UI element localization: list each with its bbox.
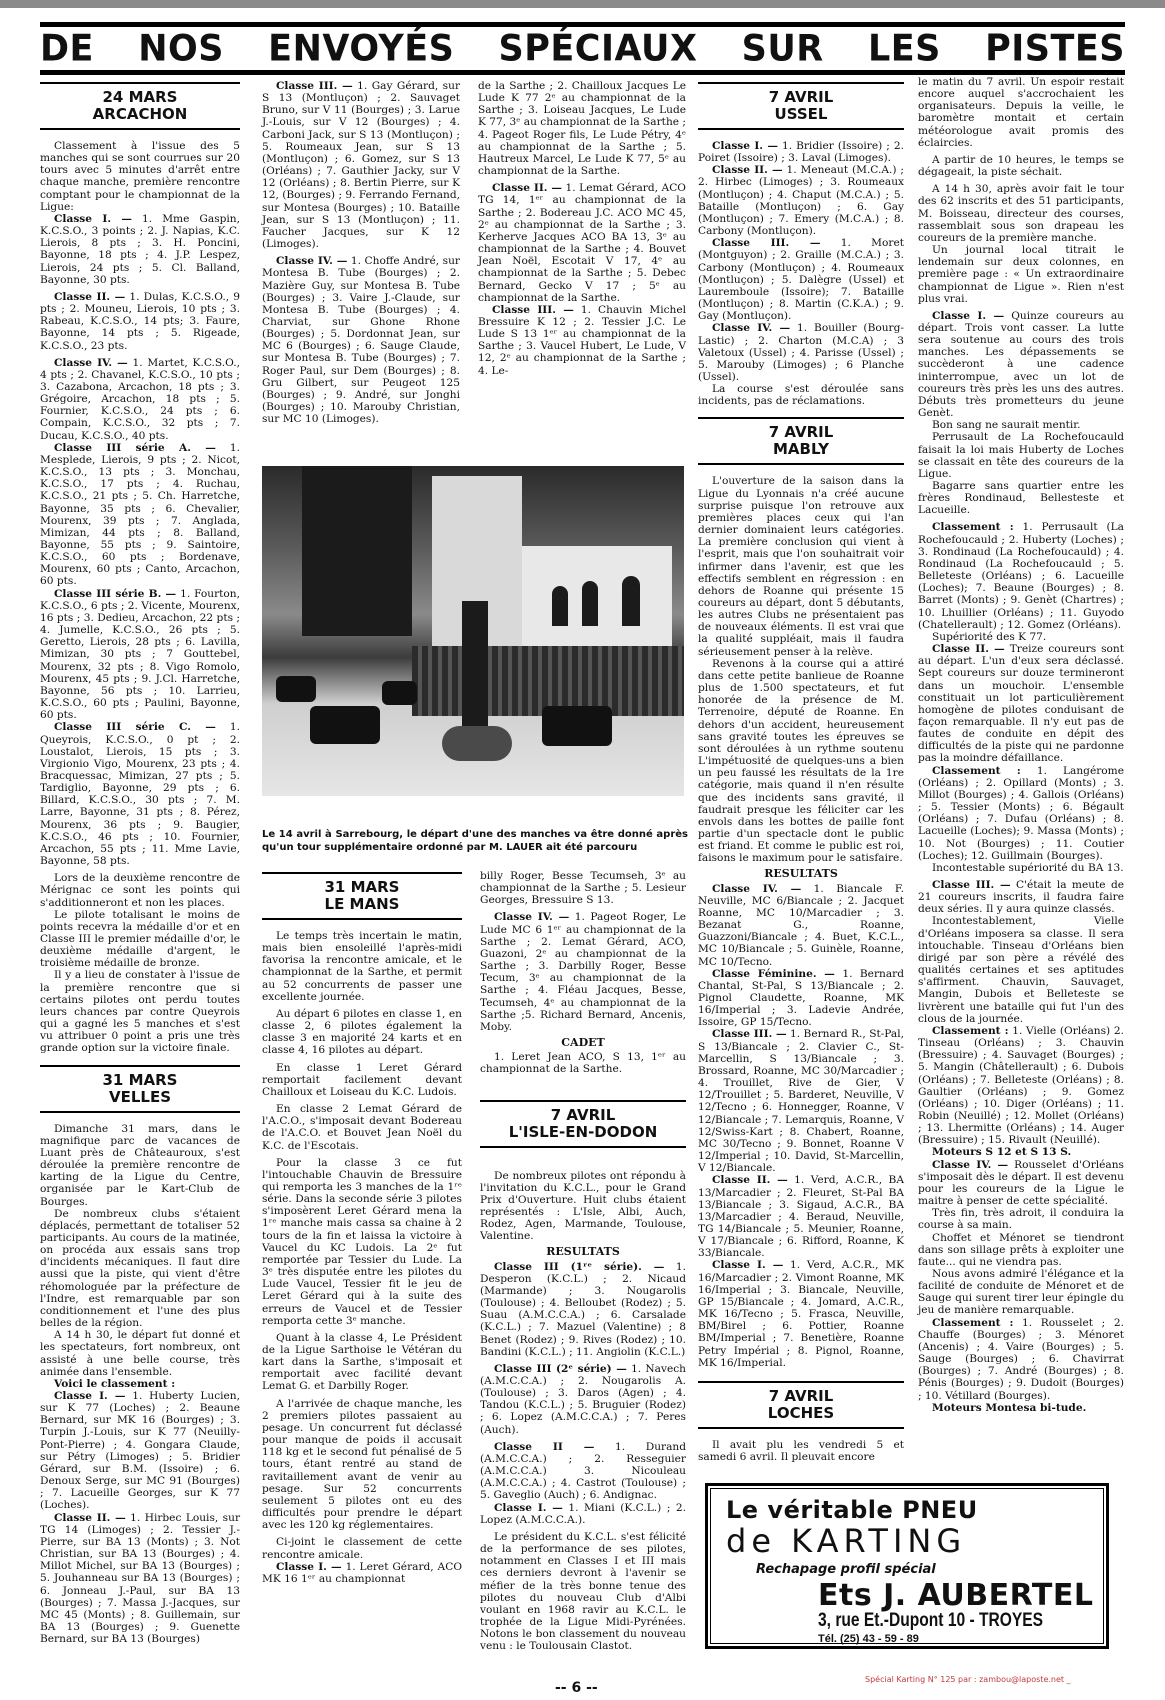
section-place: USSEL [698, 106, 904, 123]
class-results: 1. Verd, A.C.R., BA 13/Marcadier ; 2. Fl… [698, 1174, 904, 1259]
result-class: Classement : 1. Langérome (Orléans) ; 2.… [918, 765, 1124, 862]
section-place: L'ISLE-EN-DODON [480, 1124, 686, 1141]
paragraph: Nous avons admiré l'élégance et la facil… [918, 1268, 1124, 1317]
class-results: 1. Perrusault (La Rochefoucauld ; 2. Hub… [918, 521, 1124, 630]
ad-address: 3, rue Et.-Dupont 10 - TROYES [818, 1610, 1043, 1632]
result-class: Classe II. — 1. Dulas, K.C.S.O., 9 pts ;… [40, 291, 240, 352]
paragraph: Incontestable supériorité du BA 13. [918, 862, 1124, 874]
paragraph: Pour la classe 3 ce fut l'intouchable Ch… [262, 1157, 462, 1327]
result-class: Classe II — 1. Durand (A.M.C.C.A.) ; 2. … [480, 1441, 686, 1502]
class-results: 1. Hirbec Louis, sur TG 14 (Limoges) ; 2… [40, 1512, 240, 1646]
result-class: Classe I. — 1. Bridier (Issoire) ; 2. Po… [698, 140, 904, 164]
result-class: Classe IV. — 1. Bouiller (Bourg-Lastic) … [698, 322, 904, 383]
paragraph: Choffet et Ménoret se tiendront dans son… [918, 1232, 1124, 1268]
class-label: Classe I. — [54, 213, 132, 225]
class-label: Classe I. — [712, 1259, 783, 1271]
paragraph: Au départ 6 pilotes en classe 1, en clas… [262, 1008, 462, 1057]
section-place: LE MANS [262, 896, 462, 913]
paragraph: Moteurs S 12 et S 13 S. [918, 1146, 1124, 1158]
paragraph: De nombreux pilotes ont répondu à l'invi… [480, 1170, 686, 1243]
result-class: Classe II. — 1. Verd, A.C.R., BA 13/Marc… [698, 1174, 904, 1259]
result-class: Classe I. — 1. Leret Gérard, ACO MK 16 1… [262, 1561, 462, 1585]
ad-phone: Tél. (25) 43 - 59 - 89 [818, 1633, 919, 1645]
result-class: Classe III. — 1. Chauvin Michel Bressuir… [478, 304, 686, 377]
class-results: Quinze coureurs au départ. Trois vont ca… [918, 310, 1124, 419]
masthead: DE NOS ENVOYÉS SPÉCIAUX SUR LES PISTES [40, 22, 1125, 75]
class-results: 1. Martet, K.C.S.O., 4 pts ; 2. Chavanel… [40, 357, 240, 442]
results-heading: RESULTATS [698, 868, 904, 880]
section-header-arcachon: 24 MARS ARCACHON [40, 82, 240, 130]
paragraph: Il y a lieu de constater à l'issue de la… [40, 969, 240, 1054]
class-label: Classement : [932, 1025, 1008, 1037]
section-header-isle-en-dodon: 7 AVRIL L'ISLE-EN-DODON [480, 1100, 686, 1148]
result-class: Classe I. — 1. Verd, A.C.R., MK 16/Marca… [698, 1259, 904, 1368]
class-label: Classe III série C. — [54, 721, 216, 733]
class-label: Classement : [932, 521, 1014, 533]
result-class: Classe IV. — 1. Choffe André, sur Montes… [262, 255, 460, 425]
section-date: 31 MARS [40, 1072, 240, 1089]
result-class: Classe III. — 1. Bernard R., St-Pal, S 1… [698, 1028, 904, 1174]
section-date: 24 MARS [40, 89, 240, 106]
result-class: Classe III. — 1. Moret (Montguyon) ; 2. … [698, 237, 904, 322]
column-5: le matin du 7 avril. Un espoir restait e… [918, 76, 1124, 1414]
page-title: DE NOS ENVOYÉS SPÉCIAUX SUR LES PISTES [40, 28, 1125, 70]
class-results: 1. Moret (Montguyon) ; 2. Graille (M.C.A… [698, 237, 904, 322]
paragraph: 1. Leret Jean ACO, S 13, 1ᵉʳ au champion… [480, 1051, 686, 1075]
paragraph: de la Sarthe ; 2. Chailloux Jacques Le L… [478, 80, 686, 177]
column-3-bottom: billy Roger, Besse Tecumseh, 3ᵉ au champ… [480, 870, 686, 1652]
class-label: Classe I. — [276, 1561, 342, 1573]
class-label: Classe IV. — [712, 883, 801, 895]
section-le-mans: 31 MARS LE MANS Le temps très incertain … [262, 868, 462, 1585]
paragraph: Très fin, très adroit, il conduira la co… [918, 1207, 1124, 1231]
title-word: PISTES [985, 28, 1125, 70]
class-results: 1. Biancale F. Neuville, MC 6/Biancale ;… [698, 883, 904, 968]
section-date: 7 AVRIL [480, 1107, 686, 1124]
paragraph: A l'arrivée de chaque manche, les 2 prem… [262, 1398, 462, 1532]
paragraph: billy Roger, Besse Tecumseh, 3ᵉ au champ… [480, 870, 686, 906]
section-date: 31 MARS [262, 879, 462, 896]
class-label: Classe Féminine. — [712, 968, 835, 980]
result-class: Classe Féminine. — 1. Bernard Chantal, S… [698, 968, 904, 1029]
paragraph: Il avait plu les vendredi 5 et samedi 6 … [698, 1439, 904, 1463]
class-label: Classe II. — [54, 1512, 126, 1524]
class-label: Classe II. — [54, 291, 125, 303]
section-place: MABLY [698, 441, 904, 458]
section-place: LOCHES [698, 1405, 904, 1422]
class-results: 1. Bernard R., St-Pal, S 13/Biancale ; 2… [698, 1028, 904, 1174]
class-label: Classe III série B. — [54, 588, 176, 600]
class-label: Classement : [932, 1317, 1013, 1329]
class-label: Classe III. — [492, 304, 574, 316]
class-results: 1. Queyrois, K.C.S.O., 0 pt ; 2. Loustal… [40, 721, 240, 867]
class-label: Classe III (2ᵉ série) — [494, 1363, 627, 1375]
paragraph: A partir de 10 heures, le temps se dégag… [918, 154, 1124, 178]
result-class: Classe IV. — 1. Martet, K.C.S.O., 4 pts … [40, 357, 240, 442]
class-label: Classe I. — [494, 1502, 563, 1514]
class-label: Classe II. — [712, 164, 783, 176]
paragraph: Le pilote totalisant le moins de points … [40, 909, 240, 970]
paragraph: Moteurs Montesa bi-tude. [918, 1402, 1124, 1414]
class-results: 1. Verd, A.C.R., MK 16/Marcadier ; 2. Vi… [698, 1259, 904, 1368]
result-class: Classe III (2ᵉ série) — 1. Navech (A.M.C… [480, 1363, 686, 1436]
result-class: Classe I. — Quinze coureurs au départ. T… [918, 310, 1124, 419]
result-class: Classe III série B. — 1. Fourton, K.C.S.… [40, 588, 240, 722]
paragraph: A 14 h 30, le départ fut donné et les sp… [40, 1329, 240, 1378]
paragraph: Le temps très incertain le matin, mais b… [262, 930, 462, 1003]
ad-headline: Le véritable PNEU [726, 1496, 978, 1524]
title-word: NOS [138, 28, 224, 70]
cadet-heading: CADET [480, 1037, 686, 1049]
section-header-le-mans: 31 MARS LE MANS [262, 872, 462, 920]
paragraph: En classe 2 Lemat Gérard de l'A.C.O., s'… [262, 1103, 462, 1152]
result-class: Classe I. — 1. Mme Gaspin, K.C.S.O., 3 p… [40, 213, 240, 286]
paragraph: Incontestablement, Vielle d'Orléans impo… [918, 915, 1124, 1024]
class-label: Classe IV. — [494, 911, 569, 923]
class-label: Classe I. — [712, 140, 778, 152]
paragraph: Lors de la deuxième rencontre de Mérigna… [40, 872, 240, 908]
class-label: Classement : [932, 765, 1021, 777]
result-class: Classe III (1ʳᵉ série). — 1. Desperon (K… [480, 1261, 686, 1358]
paragraph: Revenons à la course qui a attiré dans c… [698, 658, 904, 865]
title-word: LES [868, 28, 941, 70]
title-word: SPÉCIAUX [499, 28, 698, 70]
ad-subheadline: de KARTING [726, 1522, 966, 1560]
ad-tagline: Rechapage profil spécial [756, 1562, 936, 1577]
class-results: 1. Desperon (K.C.L.) ; 2. Nicaud (Marman… [480, 1261, 686, 1358]
advertisement-aubertel: Le véritable PNEU de KARTING Rechapage p… [705, 1483, 1109, 1649]
paragraph: L'ouverture de la saison dans la Ligue d… [698, 475, 904, 657]
paragraph: Ci-joint le classement de cette rencontr… [262, 1536, 462, 1560]
class-results: Treize coureurs sont au départ. L'un d'e… [918, 643, 1124, 764]
class-label: Classe II. — [712, 1174, 788, 1186]
paragraph: En classe 1 Leret Gérard remportait faci… [262, 1062, 462, 1098]
class-label: Classe III (1ʳᵉ série). — [494, 1261, 664, 1273]
result-class: Classe IV. — 1. Biancale F. Neuville, MC… [698, 883, 904, 968]
paragraph: Le président du K.C.L. s'est félicité de… [480, 1531, 686, 1653]
class-results: 1. Huberty Lucien, sur K 77 (Loches) ; 2… [40, 1390, 240, 1511]
section-date: 7 AVRIL [698, 89, 904, 106]
paragraph: Dimanche 31 mars, dans le magnifique par… [40, 1123, 240, 1208]
page-number: -- 6 -- [555, 1680, 598, 1696]
class-label: Classe III. — [712, 1028, 787, 1040]
class-results: 1. Fourton, K.C.S.O., 6 pts ; 2. Vicente… [40, 588, 240, 722]
section-date: 7 AVRIL [698, 1388, 904, 1405]
result-class: Classement : 1. Rousselet ; 2. Chauffe (… [918, 1317, 1124, 1402]
section-place: ARCACHON [40, 106, 240, 123]
paragraph: A 14 h 30, après avoir fait le tour des … [918, 183, 1124, 244]
paragraph: Bagarre sans quartier entre les frères R… [918, 480, 1124, 516]
column-3-top: de la Sarthe ; 2. Chailloux Jacques Le L… [478, 80, 686, 377]
class-results: 1. Vielle (Orléans) 2. Tinseau (Orléans)… [918, 1025, 1124, 1146]
column-2-top: Classe III. — 1. Gay Gérard, sur S 13 (M… [262, 80, 460, 425]
class-results: 1. Mesplede, Lierois, 9 pts ; 2. Nicot, … [40, 442, 240, 588]
result-class: Classe II. — 1. Lemat Gérard, ACO TG 14,… [478, 182, 686, 304]
class-label: Classe IV. — [712, 322, 790, 334]
result-class: Classe I. — 1. Miani (K.C.L.) ; 2. Lopez… [480, 1502, 686, 1526]
race-photo [262, 466, 684, 796]
class-label: Classe I. — [54, 1390, 125, 1402]
title-word: SUR [742, 28, 824, 70]
class-label: Classe II — [494, 1441, 594, 1453]
class-results: 1. Rousselet ; 2. Chauffe (Bourges) ; 3.… [918, 1317, 1124, 1402]
class-label: Classe II. — [492, 182, 562, 194]
column-1: 24 MARS ARCACHON Classement à l'issue de… [40, 78, 240, 1645]
class-results: 1. Langérome (Orléans) ; 2. Opillard (Mo… [918, 765, 1124, 862]
result-class: Classe II. — Treize coureurs sont au dép… [918, 643, 1124, 765]
class-label: Classe III. — [712, 237, 820, 249]
result-class: Classe III. — C'était la meute de 21 cou… [918, 879, 1124, 915]
result-class: Classe IV. — Rousselet d'Orléans s'impos… [918, 1159, 1124, 1208]
paragraph: Supériorité des K 77. [918, 631, 1124, 643]
paragraph: De nombreux clubs s'étaient déplacés, pe… [40, 1208, 240, 1330]
class-label: Classe III série A. — [54, 442, 216, 454]
result-class: Classe I. — 1. Huberty Lucien, sur K 77 … [40, 1390, 240, 1512]
result-class: Classe II. — 1. Meneaut (M.C.A.) ; 2. Hi… [698, 164, 904, 237]
paragraph: Perrusault de La Rochefoucauld faisait l… [918, 431, 1124, 480]
scan-credit: Spécial Karting N° 125 par : zambou@lapo… [865, 1675, 1071, 1684]
paragraph: le matin du 7 avril. Un espoir restait e… [918, 76, 1124, 149]
class-label: Classe II. — [932, 643, 1005, 655]
section-header-velles: 31 MARS VELLES [40, 1065, 240, 1113]
title-word: ENVOYÉS [268, 28, 454, 70]
results-heading: RESULTATS [480, 1246, 686, 1258]
class-results: 1. Gay Gérard, sur S 13 (Montluçon) ; 2.… [262, 80, 460, 250]
section-header-mably: 7 AVRIL MABLY [698, 417, 904, 465]
class-label: Classe I. — [932, 310, 1004, 322]
paragraph: La course s'est déroulée sans incidents,… [698, 383, 904, 407]
class-label: Classe IV. — [276, 255, 347, 267]
result-class: Classe IV. — 1. Pageot Roger, Le Lude MC… [480, 911, 686, 1033]
ad-company: Ets J. AUBERTEL [818, 1578, 1093, 1613]
section-date: 7 AVRIL [698, 424, 904, 441]
column-4: 7 AVRIL USSEL Classe I. — 1. Bridier (Is… [698, 78, 904, 1463]
class-results: 1. Lemat Gérard, ACO TG 14, 1ᵉʳ au champ… [478, 182, 686, 303]
paragraph: Voici le classement : [40, 1378, 240, 1390]
paragraph: Quant à la classe 4, Le Président de la … [262, 1332, 462, 1393]
class-results: 1. Choffe André, sur Montesa B. Tube (Bo… [262, 255, 460, 425]
class-label: Classe III. — [932, 879, 1011, 891]
class-label: Classe III. — [276, 80, 353, 92]
class-label: Classe IV. — [932, 1159, 1008, 1171]
result-class: Classe II. — 1. Hirbec Louis, sur TG 14 … [40, 1512, 240, 1646]
class-results: 1. Pageot Roger, Le Lude MC 6 1ᵉʳ au cha… [480, 911, 686, 1032]
section-header-loches: 7 AVRIL LOCHES [698, 1381, 904, 1429]
result-class: Classe III série C. — 1. Queyrois, K.C.S… [40, 721, 240, 867]
masthead-rule-bottom [40, 70, 1125, 75]
result-class: Classement : 1. Perrusault (La Rochefouc… [918, 521, 1124, 630]
section-header-ussel: 7 AVRIL USSEL [698, 82, 904, 130]
title-word: DE [40, 28, 94, 70]
photo-caption: Le 14 avril à Sarrebourg, le départ d'un… [262, 828, 688, 854]
top-border [0, 0, 1165, 8]
section-place: VELLES [40, 1089, 240, 1106]
masthead-rule-top [40, 22, 1125, 27]
class-label: Classe IV. — [54, 357, 128, 369]
paragraph: Classement à l'issue des 5 manches qui s… [40, 140, 240, 213]
result-class: Classe III. — 1. Gay Gérard, sur S 13 (M… [262, 80, 460, 250]
paragraph: Un journal local titrait le lendemain su… [918, 244, 1124, 305]
result-class: Classe III série A. — 1. Mesplede, Liero… [40, 442, 240, 588]
result-class: Classement : 1. Vielle (Orléans) 2. Tins… [918, 1025, 1124, 1147]
paragraph: Bon sang ne saurait mentir. [918, 419, 1124, 431]
